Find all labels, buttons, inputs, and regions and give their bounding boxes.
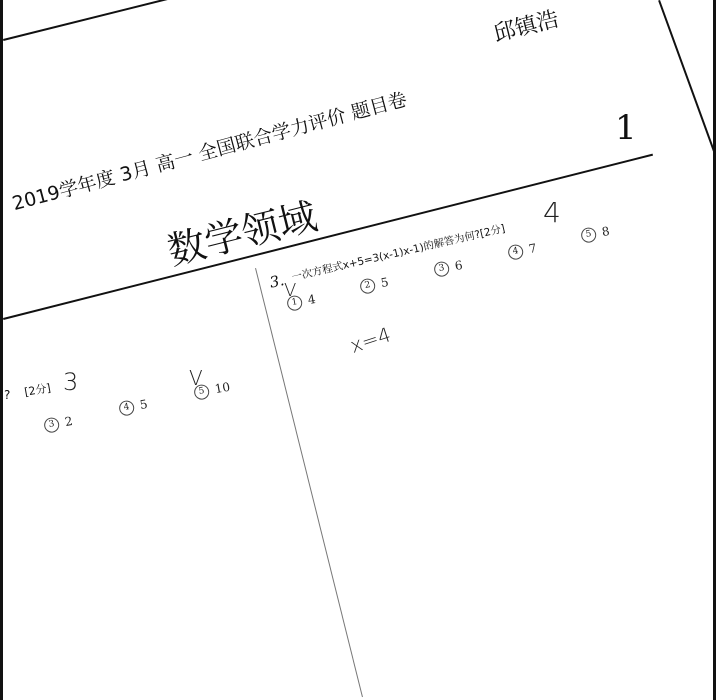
paper-top-edge bbox=[3, 0, 178, 41]
option-mark: 2 bbox=[359, 277, 376, 294]
option-mark: 4 bbox=[507, 243, 524, 260]
right-option-3[interactable]: 36 bbox=[433, 258, 464, 278]
option-value: 5 bbox=[139, 397, 149, 412]
exam-paper: 邱镇浩 2019学年度 3月 高一 全国联合学力评价 题目卷 1 数学领域 ? … bbox=[3, 0, 716, 700]
left-question-mark: ? bbox=[4, 388, 10, 402]
option-value: 4 bbox=[307, 292, 317, 307]
option-value: 10 bbox=[214, 380, 231, 396]
right-handwritten-answer: 4 bbox=[543, 196, 561, 229]
page-number: 1 bbox=[615, 108, 637, 148]
option-value: 7 bbox=[528, 241, 538, 256]
option-mark: 4 bbox=[118, 399, 135, 416]
left-question-points: [2分] bbox=[23, 379, 52, 399]
option-mark: 3 bbox=[433, 260, 450, 277]
option-value: 5 bbox=[380, 275, 390, 290]
left-option-3[interactable]: 32 bbox=[43, 414, 74, 434]
exam-header: 2019学年度 3月 高一 全国联合学力评价 题目卷 bbox=[9, 85, 410, 217]
right-option-5[interactable]: 58 bbox=[580, 224, 611, 244]
right-option-4[interactable]: 47 bbox=[507, 241, 538, 261]
option-value: 8 bbox=[601, 224, 611, 239]
right-check-mark: V bbox=[284, 280, 296, 301]
left-check-mark: V bbox=[189, 366, 203, 390]
student-name: 邱镇浩 bbox=[490, 2, 562, 48]
left-option-4[interactable]: 45 bbox=[118, 397, 149, 417]
left-handwritten-answer: 3 bbox=[63, 368, 78, 396]
handwritten-work: x=4 bbox=[347, 322, 394, 358]
column-divider bbox=[255, 268, 363, 697]
option-mark: 5 bbox=[580, 226, 597, 243]
comic-panel-frame: 邱镇浩 2019学年度 3月 高一 全国联合学力评价 题目卷 1 数学领域 ? … bbox=[0, 0, 716, 700]
right-option-2[interactable]: 25 bbox=[359, 275, 390, 295]
option-mark: 3 bbox=[43, 416, 60, 433]
option-value: 6 bbox=[454, 258, 464, 273]
option-value: 2 bbox=[64, 414, 74, 429]
subject-title: 数学领域 bbox=[161, 185, 322, 275]
paper-right-edge bbox=[658, 0, 716, 189]
question-text: 一次方程式x+5=3(x-1)x-1)的解答为何?[2分] bbox=[290, 221, 507, 285]
